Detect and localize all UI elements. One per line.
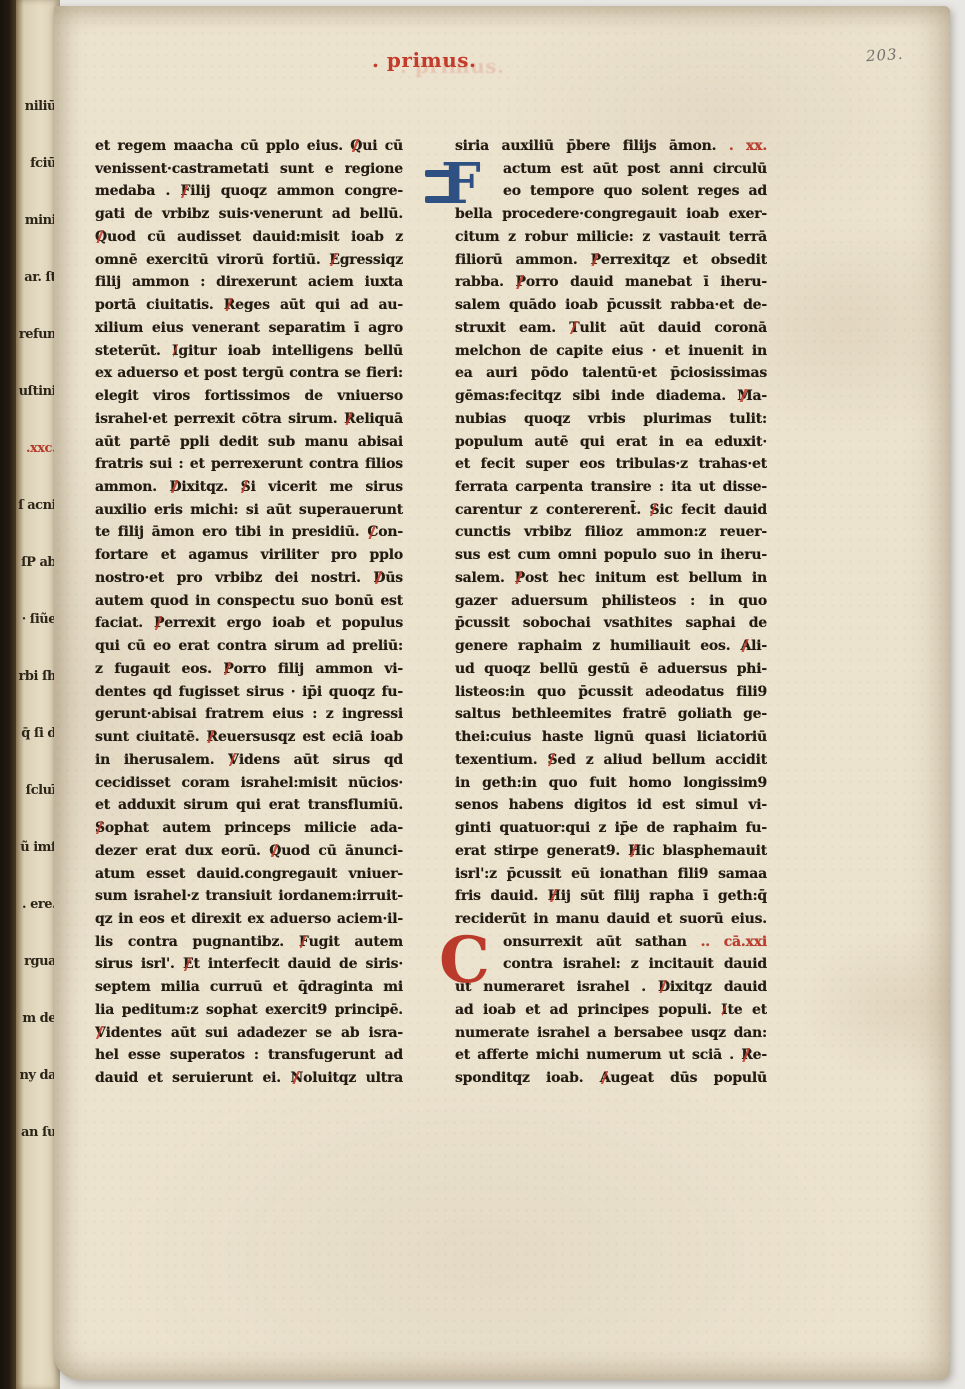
previous-leaf-text-fragment: . ere. xyxy=(16,896,58,916)
text-line: israhel·et perrexit cōtra sirum. Reliquā xyxy=(95,408,403,431)
text-line: qz in eos et direxit ex aduerso aciem·il… xyxy=(95,908,403,931)
text-line: isrl':z p̄cussit eū ionathan fili9 samaa xyxy=(455,863,767,886)
previous-leaf-text-fragment: an ſu xyxy=(16,1124,58,1144)
text-line: rabba. Porro dauid manebat ī iheru- xyxy=(455,271,767,294)
text-line: elegit viros fortissimos de vniuerso xyxy=(95,385,403,408)
text-line: ammon. Dixitqz. Si vicerit me sirus xyxy=(95,476,403,499)
text-line: sum israhel·z transiuit iordanem:irruit- xyxy=(95,885,403,908)
text-line: ferrata carpenta transire : ita ut disse… xyxy=(455,476,767,499)
rubricated-capital: E xyxy=(183,953,193,976)
text-line: fris dauid. Hij sūt filij rapha ī geth:q… xyxy=(455,885,767,908)
previous-leaf-text-fragment: ſcluī xyxy=(16,782,58,802)
text-line: listeos:in quo p̄cussit adeodatus fili9 xyxy=(455,681,767,704)
previous-leaf-text-fragment: fciū xyxy=(16,155,58,175)
text-line: ut numeraret israhel . Dixitqz dauid xyxy=(455,976,767,999)
rubricated-capital: E xyxy=(329,249,339,272)
rubricated-capital: S xyxy=(95,817,105,840)
chapter-rubric: .. cā.xxi xyxy=(701,934,767,950)
text-column-left: et regem maacha cū pplo eius. Qui cūveni… xyxy=(95,135,403,1090)
text-line: eo tempore quo solent reges ad xyxy=(455,180,767,203)
text-line: septem milia curruū et q̄draginta mi xyxy=(95,976,403,999)
text-line: populum autē qui erat in ea eduxit· xyxy=(455,431,767,454)
illuminated-initial-C: C xyxy=(439,929,490,993)
text-line: ginti quatuor:qui z ip̄e de raphaim fu- xyxy=(455,817,767,840)
text-line: gēmas:fecitqz sibi inde diadema. Ma- xyxy=(455,385,767,408)
text-line: atum esset dauid.congregauit vniuer- xyxy=(95,863,403,886)
rubricated-capital: S xyxy=(241,476,251,499)
rubricated-capital: P xyxy=(515,567,525,590)
text-line: p̄cussit sobochai vsathites saphai de xyxy=(455,612,767,635)
text-line: melchon de capite eius · et inuenit in xyxy=(455,340,767,363)
text-line: portā ciuitatis. Reges aūt qui ad au- xyxy=(95,294,403,317)
text-line: struxit eam. Tulit aūt dauid coronā xyxy=(455,317,767,340)
rubricated-capital: Q xyxy=(350,135,362,158)
previous-leaf-text-fragment: ſP ab xyxy=(16,554,58,574)
text-line: onsurrexit aūt sathan .. cā.xxi xyxy=(455,931,767,954)
text-line: numerate israhel a bersabee usqz dan: xyxy=(455,1022,767,1045)
text-line: sunt ciuitatē. Reuersusqz est eciā ioab xyxy=(95,726,403,749)
initial-flourish xyxy=(425,196,451,203)
previous-leaf-text-fragment: ny da xyxy=(16,1067,58,1087)
previous-leaf-text-fragment: ũ imſ xyxy=(16,839,58,859)
previous-leaf-text-fragment: · ſiũe xyxy=(16,611,58,631)
text-line: sponditqz ioab. Augeat dūs populū xyxy=(455,1067,767,1090)
text-line: erat stirpe generat9. Hic blasphemauit xyxy=(455,840,767,863)
rubricated-capital: Q xyxy=(269,840,281,863)
rubricated-capital: A xyxy=(740,635,751,658)
text-line: reciderūt in manu dauid et suorū eius. xyxy=(455,908,767,931)
rubricated-capital: A xyxy=(600,1067,611,1090)
text-line: genere raphaim z humiliauit eos. Ali- xyxy=(455,635,767,658)
rubricated-capital: M xyxy=(737,385,752,408)
scan-backdrop: niliūfciūminiar. ſtrefunuſtini.xxc.ſ acn… xyxy=(0,0,965,1389)
previous-leaf-text-fragment: q̄ ſi d xyxy=(16,725,58,745)
text-line: dauid et seruierunt ei. Noluitqz ultra xyxy=(95,1067,403,1090)
previous-leaf-text-fragment: uſtini xyxy=(16,383,58,403)
previous-leaf-text-fragment: .xxc. xyxy=(16,440,58,460)
text-line: thei:cuius haste lignū quasi liciatoriū xyxy=(455,726,767,749)
rubricated-capital: V xyxy=(95,1022,106,1045)
previous-leaf-text-fragment: m de xyxy=(16,1010,58,1030)
rubricated-capital: D xyxy=(169,476,181,499)
text-column-right: siria auxiliū p̄bere filijs āmon. . xx.a… xyxy=(455,135,767,1090)
text-line: bella procedere·congregauit ioab exer- xyxy=(455,203,767,226)
text-line: Quod cū audisset dauid:misit ioab z xyxy=(95,226,403,249)
rubricated-capital: D xyxy=(373,567,385,590)
text-line: sus est cum omni populo suo in iheru- xyxy=(455,544,767,567)
text-line: texentium. Sed z aliud bellum accidit xyxy=(455,749,767,772)
text-line: siria auxiliū p̄bere filijs āmon. . xx. xyxy=(455,135,767,158)
rubricated-capital: N xyxy=(291,1067,304,1090)
text-line: qui cū eo erat contra sirum ad preliū: xyxy=(95,635,403,658)
rubricated-capital: I xyxy=(721,999,727,1022)
previous-leaf-text-fragment: refun xyxy=(16,326,58,346)
text-line: et afferte michi numerum ut sciā . Re- xyxy=(455,1044,767,1067)
previous-leaf-text-fragment: mini xyxy=(16,212,58,232)
rubricated-capital: P xyxy=(515,271,525,294)
text-line: auxilio eris michi: si aūt superauerunt xyxy=(95,499,403,522)
text-line: faciat. Perrexit ergo ioab et populus xyxy=(95,612,403,635)
text-line: dentes qd fugisset sirus · ip̄i quoqz fu… xyxy=(95,681,403,704)
rubricated-capital: H xyxy=(628,840,641,863)
rubricated-capital: C xyxy=(367,521,378,544)
text-line: cecidisset coram israhel:misit nūcios· xyxy=(95,772,403,795)
text-line: et adduxit sirum qui erat transflumiū. xyxy=(95,794,403,817)
rubricated-capital: P xyxy=(591,249,601,272)
text-line: in geth:in quo fuit homo longissim9 xyxy=(455,772,767,795)
text-line: te filij āmon ero tibi in presidiū. Con- xyxy=(95,521,403,544)
text-line: filij ammon : direxerunt aciem iuxta xyxy=(95,271,403,294)
text-line: senos habens digitos id est simul vi- xyxy=(455,794,767,817)
text-line: dezer erat dux eorū. Quod cū ānunci- xyxy=(95,840,403,863)
text-line: salem quādo ioab p̄cussit rabba·et de- xyxy=(455,294,767,317)
rubricated-capital: T xyxy=(569,317,579,340)
text-line: gati de vrbibz suis·venerunt ad bellū. xyxy=(95,203,403,226)
text-line: ad ioab et ad principes populi. Ite et xyxy=(455,999,767,1022)
text-line: lis contra pugnantibz. Fugit autem xyxy=(95,931,403,954)
text-line: gazer aduersum philisteos : in quo xyxy=(455,590,767,613)
text-line: ud quoqz bellū gestū ē aduersus phi- xyxy=(455,658,767,681)
rubricated-capital: Q xyxy=(95,226,107,249)
text-line: gerunt·abisai fratrem eius : z ingressi xyxy=(95,703,403,726)
rubricated-capital: R xyxy=(741,1044,752,1067)
rubricated-capital: P xyxy=(223,658,233,681)
text-line: autem quod in conspectu suo bonū est xyxy=(95,590,403,613)
text-line: hel esse superatos : transfugerunt ad xyxy=(95,1044,403,1067)
running-header-ghost-offset: . primus. xyxy=(400,54,504,78)
rubricated-capital: F xyxy=(180,180,190,203)
rubricated-capital: R xyxy=(207,726,218,749)
text-line: et regem maacha cū pplo eius. Qui cū xyxy=(95,135,403,158)
text-line: contra israhel: z incitauit dauid xyxy=(455,953,767,976)
text-line: aūt partē ppli dedit sub manu abisai xyxy=(95,431,403,454)
text-line: cunctis vrbibz filioz ammon:z reuer- xyxy=(455,521,767,544)
previous-leaf-text-fragment: ar. ſt xyxy=(16,269,58,289)
text-line: fortare et agamus viriliter pro pplo xyxy=(95,544,403,567)
text-line: Sophat autem princeps milicie ada- xyxy=(95,817,403,840)
rubricated-capital: D xyxy=(658,976,670,999)
rubricated-capital: H xyxy=(548,885,561,908)
text-line: omnē exercitū virorū fortiū. Egressiqz xyxy=(95,249,403,272)
text-line: carentur z contererent̄. Sic fecit dauid xyxy=(455,499,767,522)
rubricated-capital: S xyxy=(649,499,659,522)
text-line: et fecit super eos tribulas·z trahas·et xyxy=(455,453,767,476)
text-line: saltus bethleemites fratrē goliath ge- xyxy=(455,703,767,726)
rubricated-capital: P xyxy=(154,612,164,635)
text-line: sirus isrl'. Et interfecit dauid de siri… xyxy=(95,953,403,976)
rubricated-capital: V xyxy=(228,749,239,772)
initial-flourish xyxy=(425,170,451,177)
text-line: lia peditum:z sophat exercit9 principē. xyxy=(95,999,403,1022)
text-line: steterūt. Igitur ioab intelligens bellū xyxy=(95,340,403,363)
text-line: nubias quoqz vrbis plurimas tulit: xyxy=(455,408,767,431)
text-line: salem. Post hec initum est bellum in xyxy=(455,567,767,590)
text-line: filiorū ammon. Perrexitqz et obsedit xyxy=(455,249,767,272)
previous-leaf-text-fragment: rbi ſh xyxy=(16,668,58,688)
previous-leaf-text-fragment: rgua xyxy=(16,953,58,973)
text-line: ex aduerso et post tergū contra se fieri… xyxy=(95,362,403,385)
text-line: Videntes aūt sui adadezer se ab isra- xyxy=(95,1022,403,1045)
text-line: fratris sui : et perrexerunt contra fili… xyxy=(95,453,403,476)
previous-leaf-text-fragment: ſ acni xyxy=(16,497,58,517)
rubricated-capital: I xyxy=(172,340,178,363)
text-line: venissent·castrametati sunt e regione xyxy=(95,158,403,181)
rubricated-capital: R xyxy=(344,408,355,431)
rubricated-capital: R xyxy=(224,294,235,317)
text-line: xilium eius venerant separatim ī agro xyxy=(95,317,403,340)
text-line: z fugauit eos. Porro filij ammon vi- xyxy=(95,658,403,681)
rubricated-capital: F xyxy=(299,931,309,954)
previous-leaf-text-fragment: niliū xyxy=(16,98,58,118)
manuscript-page: . primus. . primus. 203. et regem maacha… xyxy=(54,6,950,1380)
text-line: actum est aūt post anni circulū xyxy=(455,158,767,181)
chapter-rubric: . xx. xyxy=(729,138,767,154)
text-line: ea auri pōdo talentū·et p̄ciosissimas xyxy=(455,362,767,385)
rubricated-capital: S xyxy=(548,749,558,772)
illuminated-initial-F: F xyxy=(441,156,481,212)
text-line: in iherusalem. Videns aūt sirus qd xyxy=(95,749,403,772)
folio-number: 203. xyxy=(865,45,904,66)
text-line: citum z robur milicie: z vastauit terrā xyxy=(455,226,767,249)
text-line: nostro·et pro vrbibz dei nostri. Dūs xyxy=(95,567,403,590)
text-line: medaba . Filij quoqz ammon congre- xyxy=(95,180,403,203)
